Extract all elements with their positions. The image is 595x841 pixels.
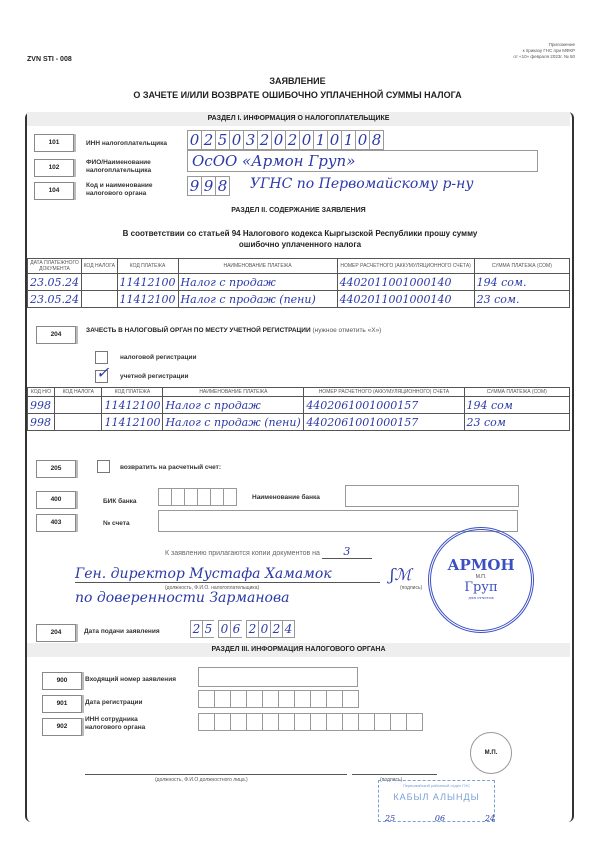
field-code-204-date: 204 [36,624,76,642]
column-header: НАИМЕНОВАНИЕ ПЛАТЕЖА [178,259,337,274]
digit-cell[interactable] [230,713,246,731]
employee-inn-label: ИНН сотрудника налогового органа [85,716,165,732]
bank-name-input[interactable] [345,485,519,507]
incoming-number-label: Входящий номер заявления [85,676,176,684]
section3-title: РАЗДЕЛ III. ИНФОРМАЦИЯ НАЛОГОВОГО ОРГАНА [27,643,570,657]
digit-cell[interactable] [171,488,184,506]
receipt-stamp-name: КАБЫЛ АЛЫНДЫ [379,792,494,802]
field-code-204: 204 [36,326,76,344]
table-row: 99811412100Налог с продаж440206100100015… [28,397,570,414]
digit-cell[interactable]: 9 [201,176,215,196]
form-code: ZVN STI - 008 [27,56,72,63]
employee-inn-input[interactable] [198,713,423,731]
table-cell[interactable]: 4402011001000140 [337,291,474,308]
signer-line2[interactable]: по доверенности Зарманова [75,590,289,606]
digit-cell[interactable] [223,488,237,506]
digit-cell[interactable]: 9 [187,176,201,196]
payment-table: ДАТА ПЛАТЕЖНОГО ДОКУМЕНТАКОД НАЛОГАКОД П… [27,258,570,308]
page-title: ЗАЯВЛЕНИЕ [0,76,595,86]
digit-cell[interactable] [278,690,294,708]
table-cell[interactable]: 23 сом. [474,291,569,308]
digit-cell[interactable]: 1 [313,130,327,150]
column-header: СУММА ПЛАТЕЖА (СОМ) [474,259,569,274]
digit-cell[interactable]: 3 [243,130,257,150]
table-cell[interactable]: 23.05.24 [28,274,82,291]
digit-cell[interactable]: 0 [327,130,341,150]
column-header: КОД ПЛАТЕЖА [117,259,178,274]
table-cell[interactable]: 11412100 [117,274,178,291]
stamp-title: АРМОН [431,556,531,574]
table-cell[interactable]: 998 [28,414,55,431]
column-header: ДАТА ПЛАТЕЖНОГО ДОКУМЕНТА [28,259,82,274]
field-code-403: 403 [36,514,76,532]
table-row: 23.05.2411412100Налог с продаж4402011001… [28,274,570,291]
digit-cell[interactable]: 5 [202,620,214,638]
tax-authority-label: Код и наименование налогового органа [86,182,186,198]
column-header: НОМЕР РАСЧЕТНОГО (АККУМУЛЯЦИОННОГО) СЧЕТ… [304,388,464,397]
offset-hint: (нужное отметить «Х») [312,327,381,334]
receipt-date: 25 06 24 [385,814,495,823]
account-registration-label: учетной регистрации [120,373,188,381]
table-cell[interactable]: 11412100 [102,397,163,414]
digit-cell[interactable]: 0 [187,130,201,150]
digit-cell[interactable] [262,713,278,731]
checkmark-icon: ✓ [96,363,109,382]
digit-cell[interactable] [358,713,374,731]
attachments-label: К заявлению прилагаются копии документов… [165,550,320,557]
digit-cell[interactable] [262,690,278,708]
tax-authority-code-input[interactable]: 998 [187,176,230,196]
sign-caption: (подпись) [400,585,422,591]
table-cell[interactable] [81,291,117,308]
field-code-902: 902 [42,718,82,736]
digit-cell[interactable] [210,488,223,506]
table-row: 99811412100Налог с продаж (пени)44020610… [28,414,570,431]
table-cell[interactable]: Налог с продаж [163,397,304,414]
digit-cell[interactable]: 2 [257,130,271,150]
account-registration-checkbox[interactable]: ✓ [95,370,108,383]
signature[interactable]: ʃℳ [390,565,411,584]
field-code-901: 901 [42,695,82,713]
offset-label: ЗАЧЕСТЬ В НАЛОГОВЫЙ ОРГАН ПО МЕСТУ УЧЕТН… [86,327,381,334]
table-cell[interactable]: 194 сом. [474,274,569,291]
receipt-stamp-header: Первомайский районный отдел ГНС [379,783,494,788]
digit-cell[interactable]: 0 [299,130,313,150]
digit-cell[interactable]: 6 [230,620,242,638]
receipt-day: 25 [385,814,395,823]
section1-title: РАЗДЕЛ I. ИНФОРМАЦИЯ О НАЛОГОПЛАТЕЛЬЩИКЕ [27,112,570,126]
inn-label: ИНН налогоплательщика [86,140,196,148]
digit-cell[interactable]: 0 [355,130,369,150]
taxpayer-name-input[interactable]: ОсОО «Армон Груп» [187,150,538,172]
incoming-number-input[interactable] [198,667,358,687]
digit-cell[interactable]: 2 [285,130,299,150]
digit-cell[interactable]: 2 [270,620,282,638]
digit-cell[interactable] [214,713,230,731]
tax-registration-label: налоговой регистрации [120,354,197,362]
digit-cell[interactable] [326,690,342,708]
official-caption: (должность, Ф.И.О должностного лица.) [155,777,248,783]
digit-cell[interactable] [246,713,262,731]
bik-input[interactable] [158,488,237,506]
column-header: КОД ПЛАТЕЖА [102,388,163,397]
table-cell[interactable]: Налог с продаж (пени) [178,291,337,308]
digit-cell[interactable] [342,690,359,708]
registration-date-input[interactable] [198,690,359,708]
inn-input[interactable]: 02503202010108 [187,130,384,150]
table-cell[interactable]: 4402061001000157 [304,414,464,431]
stamp-subtitle: Груп [431,580,531,595]
digit-cell[interactable] [278,713,294,731]
official-line [85,774,347,775]
digit-cell[interactable]: 8 [215,176,230,196]
column-header: НОМЕР РАСЧЕТНОГО (АККУМУЛЯЦИОННОГО СЧЕТА… [337,259,474,274]
appendix-note: Приложение к приказу ГНС при МФКР от «10… [440,42,575,60]
seal-placeholder: М.П. [470,732,512,774]
section2-intro: В соответствии со статьей 94 Налогового … [110,228,490,250]
taxpayer-name-label: ФИО/Наименование налогоплательщика [86,159,186,175]
table-cell[interactable]: 11412100 [117,291,178,308]
tax-authority-name[interactable]: УГНС по Первомайскому р-ну [250,176,474,192]
field-code-102: 102 [34,159,74,177]
table-cell[interactable]: 4402011001000140 [337,274,474,291]
attachments-count[interactable]: 3 [322,545,372,559]
column-header: КОД Н/О [28,388,55,397]
stamp-note: для отчетов [431,595,531,600]
table-cell[interactable] [81,274,117,291]
account-label: № счета [103,520,130,528]
company-stamp: АРМОН М.П. Груп для отчетов [428,527,534,633]
table-cell[interactable] [55,397,102,414]
attachments-text: К заявлению прилагаются копии документов… [165,545,372,559]
table-cell[interactable]: 23 сом [464,414,569,431]
submit-date-label: Дата подачи заявления [84,628,160,636]
official-sign-line [352,774,437,775]
table-cell[interactable]: 4402061001000157 [304,397,464,414]
digit-cell[interactable] [214,690,230,708]
digit-cell[interactable] [198,713,214,731]
table-row: 23.05.2411412100Налог с продаж (пени)440… [28,291,570,308]
field-code-101: 101 [34,134,74,152]
table-cell[interactable] [55,414,102,431]
digit-cell[interactable]: 1 [341,130,355,150]
digit-cell[interactable]: 2 [201,130,215,150]
digit-cell[interactable] [230,690,246,708]
column-header: КОД НАЛОГА [55,388,102,397]
table-cell[interactable]: 998 [28,397,55,414]
column-header: НАИМЕНОВАНИЕ ПЛАТЕЖА [163,388,304,397]
digit-cell[interactable] [198,690,214,708]
digit-cell[interactable] [184,488,197,506]
digit-cell[interactable] [310,690,326,708]
digit-cell[interactable] [310,713,326,731]
digit-cell[interactable] [294,713,310,731]
digit-cell[interactable] [406,713,423,731]
submit-date-input[interactable]: 25062024 [190,620,295,638]
table-cell[interactable]: Налог с продаж [178,274,337,291]
digit-cell[interactable]: 0 [229,130,243,150]
column-header: СУММА ПЛАТЕЖА (СОМ) [464,388,569,397]
refund-label: возвратить на расчетный счет: [120,464,221,472]
signer-line1[interactable]: Ген. директор Мустафа Хамамок [75,566,380,583]
digit-cell[interactable] [158,488,171,506]
offset-title: ЗАЧЕСТЬ В НАЛОГОВЫЙ ОРГАН ПО МЕСТУ УЧЕТН… [86,327,311,334]
digit-cell[interactable] [374,713,390,731]
digit-cell[interactable]: 5 [215,130,229,150]
column-header: КОД НАЛОГА [81,259,117,274]
digit-cell[interactable] [326,713,342,731]
digit-cell[interactable]: 2 [190,620,202,638]
digit-cell[interactable]: 0 [218,620,230,638]
receipt-year: 24 [485,814,495,823]
bank-name-label: Наименование банка [252,494,320,502]
digit-cell[interactable] [197,488,210,506]
field-code-104: 104 [34,182,74,200]
field-code-900: 900 [42,672,82,690]
digit-cell[interactable]: 0 [258,620,270,638]
appendix-line: от «10» февраля 2023г. № 50 [440,54,575,60]
digit-cell[interactable]: 4 [282,620,295,638]
table-cell[interactable]: 23.05.24 [28,291,82,308]
field-code-400: 400 [36,491,76,509]
refund-checkbox[interactable] [97,460,110,473]
bik-label: БИК банка [103,498,137,506]
page-subtitle: О ЗАЧЕТЕ И/ИЛИ ВОЗВРАТЕ ОШИБОЧНО УПЛАЧЕН… [0,90,595,100]
table-cell[interactable]: 194 сом [464,397,569,414]
digit-cell[interactable]: 0 [271,130,285,150]
field-code-205: 205 [36,460,76,478]
digit-cell[interactable] [390,713,406,731]
digit-cell[interactable]: 8 [369,130,384,150]
table-cell[interactable]: Налог с продаж (пени) [163,414,304,431]
registration-date-label: Дата регистрации [85,699,143,707]
receipt-month: 06 [435,814,445,823]
digit-cell[interactable] [294,690,310,708]
digit-cell[interactable] [246,690,262,708]
digit-cell[interactable]: 2 [246,620,258,638]
table-cell[interactable]: 11412100 [102,414,163,431]
digit-cell[interactable] [342,713,358,731]
offset-table: КОД Н/ОКОД НАЛОГАКОД ПЛАТЕЖАНАИМЕНОВАНИЕ… [27,387,570,431]
section2-title: РАЗДЕЛ II. СОДЕРЖАНИЕ ЗАЯВЛЕНИЯ [27,204,570,218]
